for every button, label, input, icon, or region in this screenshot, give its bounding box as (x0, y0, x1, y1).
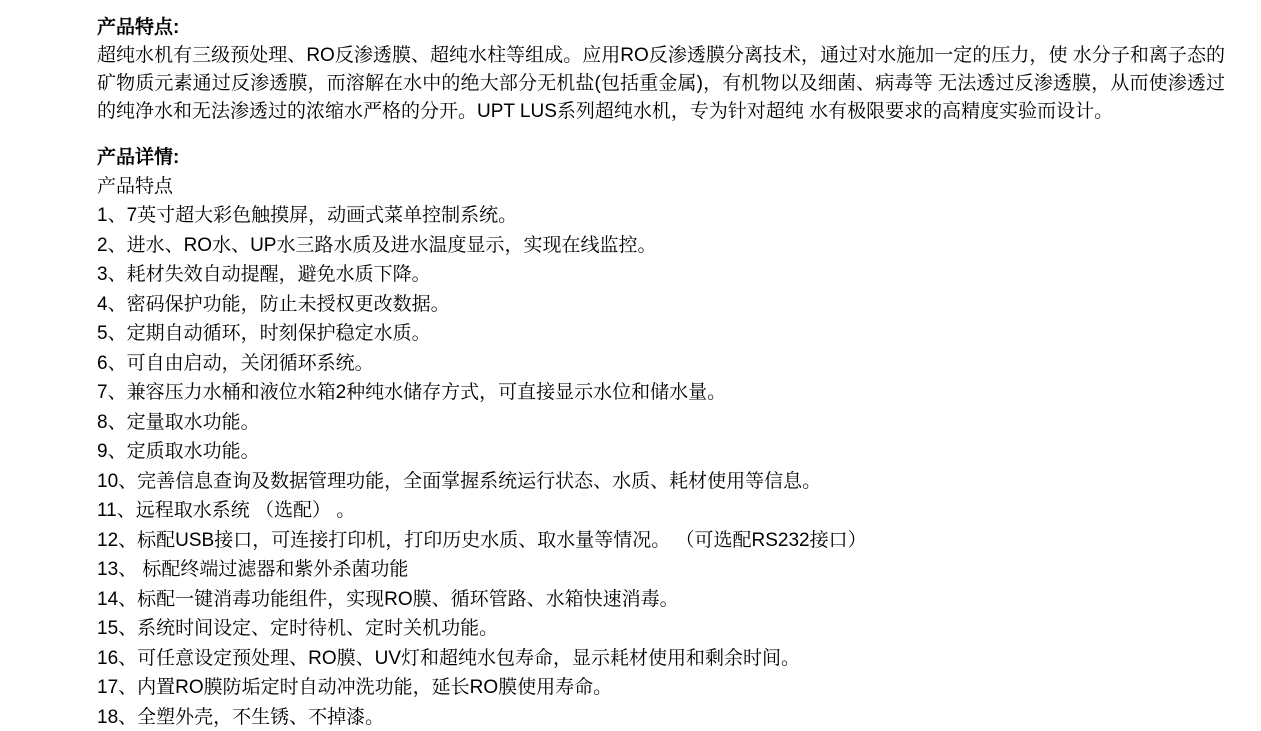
feature-list-item-1: 1、7英寸超大彩色触摸屏，动画式菜单控制系统。 (97, 201, 1225, 231)
feature-list-item-4: 4、密码保护功能，防止未授权更改数据。 (97, 290, 1225, 320)
feature-list-item-16: 16、可任意设定预处理、RO膜、UV灯和超纯水包寿命，显示耗材使用和剩余时间。 (97, 644, 1225, 674)
feature-list-item-5: 5、定期自动循环，时刻保护稳定水质。 (97, 319, 1225, 349)
feature-list-item-14: 14、标配一键消毒功能组件，实现RO膜、循环管路、水箱快速消毒。 (97, 585, 1225, 615)
feature-list-item-18: 18、全塑外壳，不生锈、不掉漆。 (97, 703, 1225, 731)
feature-list-item-8: 8、定量取水功能。 (97, 408, 1225, 438)
feature-list: 1、7英寸超大彩色触摸屏，动画式菜单控制系统。 2、进水、RO水、UP水三路水质… (97, 201, 1225, 731)
feature-list-item-2: 2、进水、RO水、UP水三路水质及进水温度显示，实现在线监控。 (97, 231, 1225, 261)
feature-list-item-11: 11、远程取水系统 （选配） 。 (97, 496, 1225, 526)
feature-list-item-9: 9、定质取水功能。 (97, 437, 1225, 467)
product-description-page: 产品特点: 超纯水机有三级预处理、RO反渗透膜、超纯水柱等组成。应用RO反渗透膜… (97, 14, 1225, 731)
feature-list-item-17: 17、内置RO膜防垢定时自动冲洗功能，延长RO膜使用寿命。 (97, 673, 1225, 703)
feature-list-item-10: 10、完善信息查询及数据管理功能，全面掌握系统运行状态、水质、耗材使用等信息。 (97, 467, 1225, 497)
details-subtitle: 产品特点 (97, 172, 1225, 201)
feature-list-item-12: 12、标配USB接口，可连接打印机，打印历史水质、取水量等情况。 （可选配RS2… (97, 526, 1225, 556)
features-section-heading: 产品特点: (97, 14, 1225, 42)
features-intro-paragraph: 超纯水机有三级预处理、RO反渗透膜、超纯水柱等组成。应用RO反渗透膜分离技术，通… (97, 42, 1225, 126)
feature-list-item-6: 6、可自由启动，关闭循环系统。 (97, 349, 1225, 379)
feature-list-item-3: 3、耗材失效自动提醒，避免水质下降。 (97, 260, 1225, 290)
details-section-heading: 产品详情: (97, 144, 1225, 172)
feature-list-item-15: 15、系统时间设定、定时待机、定时关机功能。 (97, 614, 1225, 644)
feature-list-item-13: 13、 标配终端过滤器和紫外杀菌功能 (97, 555, 1225, 585)
feature-list-item-7: 7、兼容压力水桶和液位水箱2种纯水储存方式，可直接显示水位和储水量。 (97, 378, 1225, 408)
